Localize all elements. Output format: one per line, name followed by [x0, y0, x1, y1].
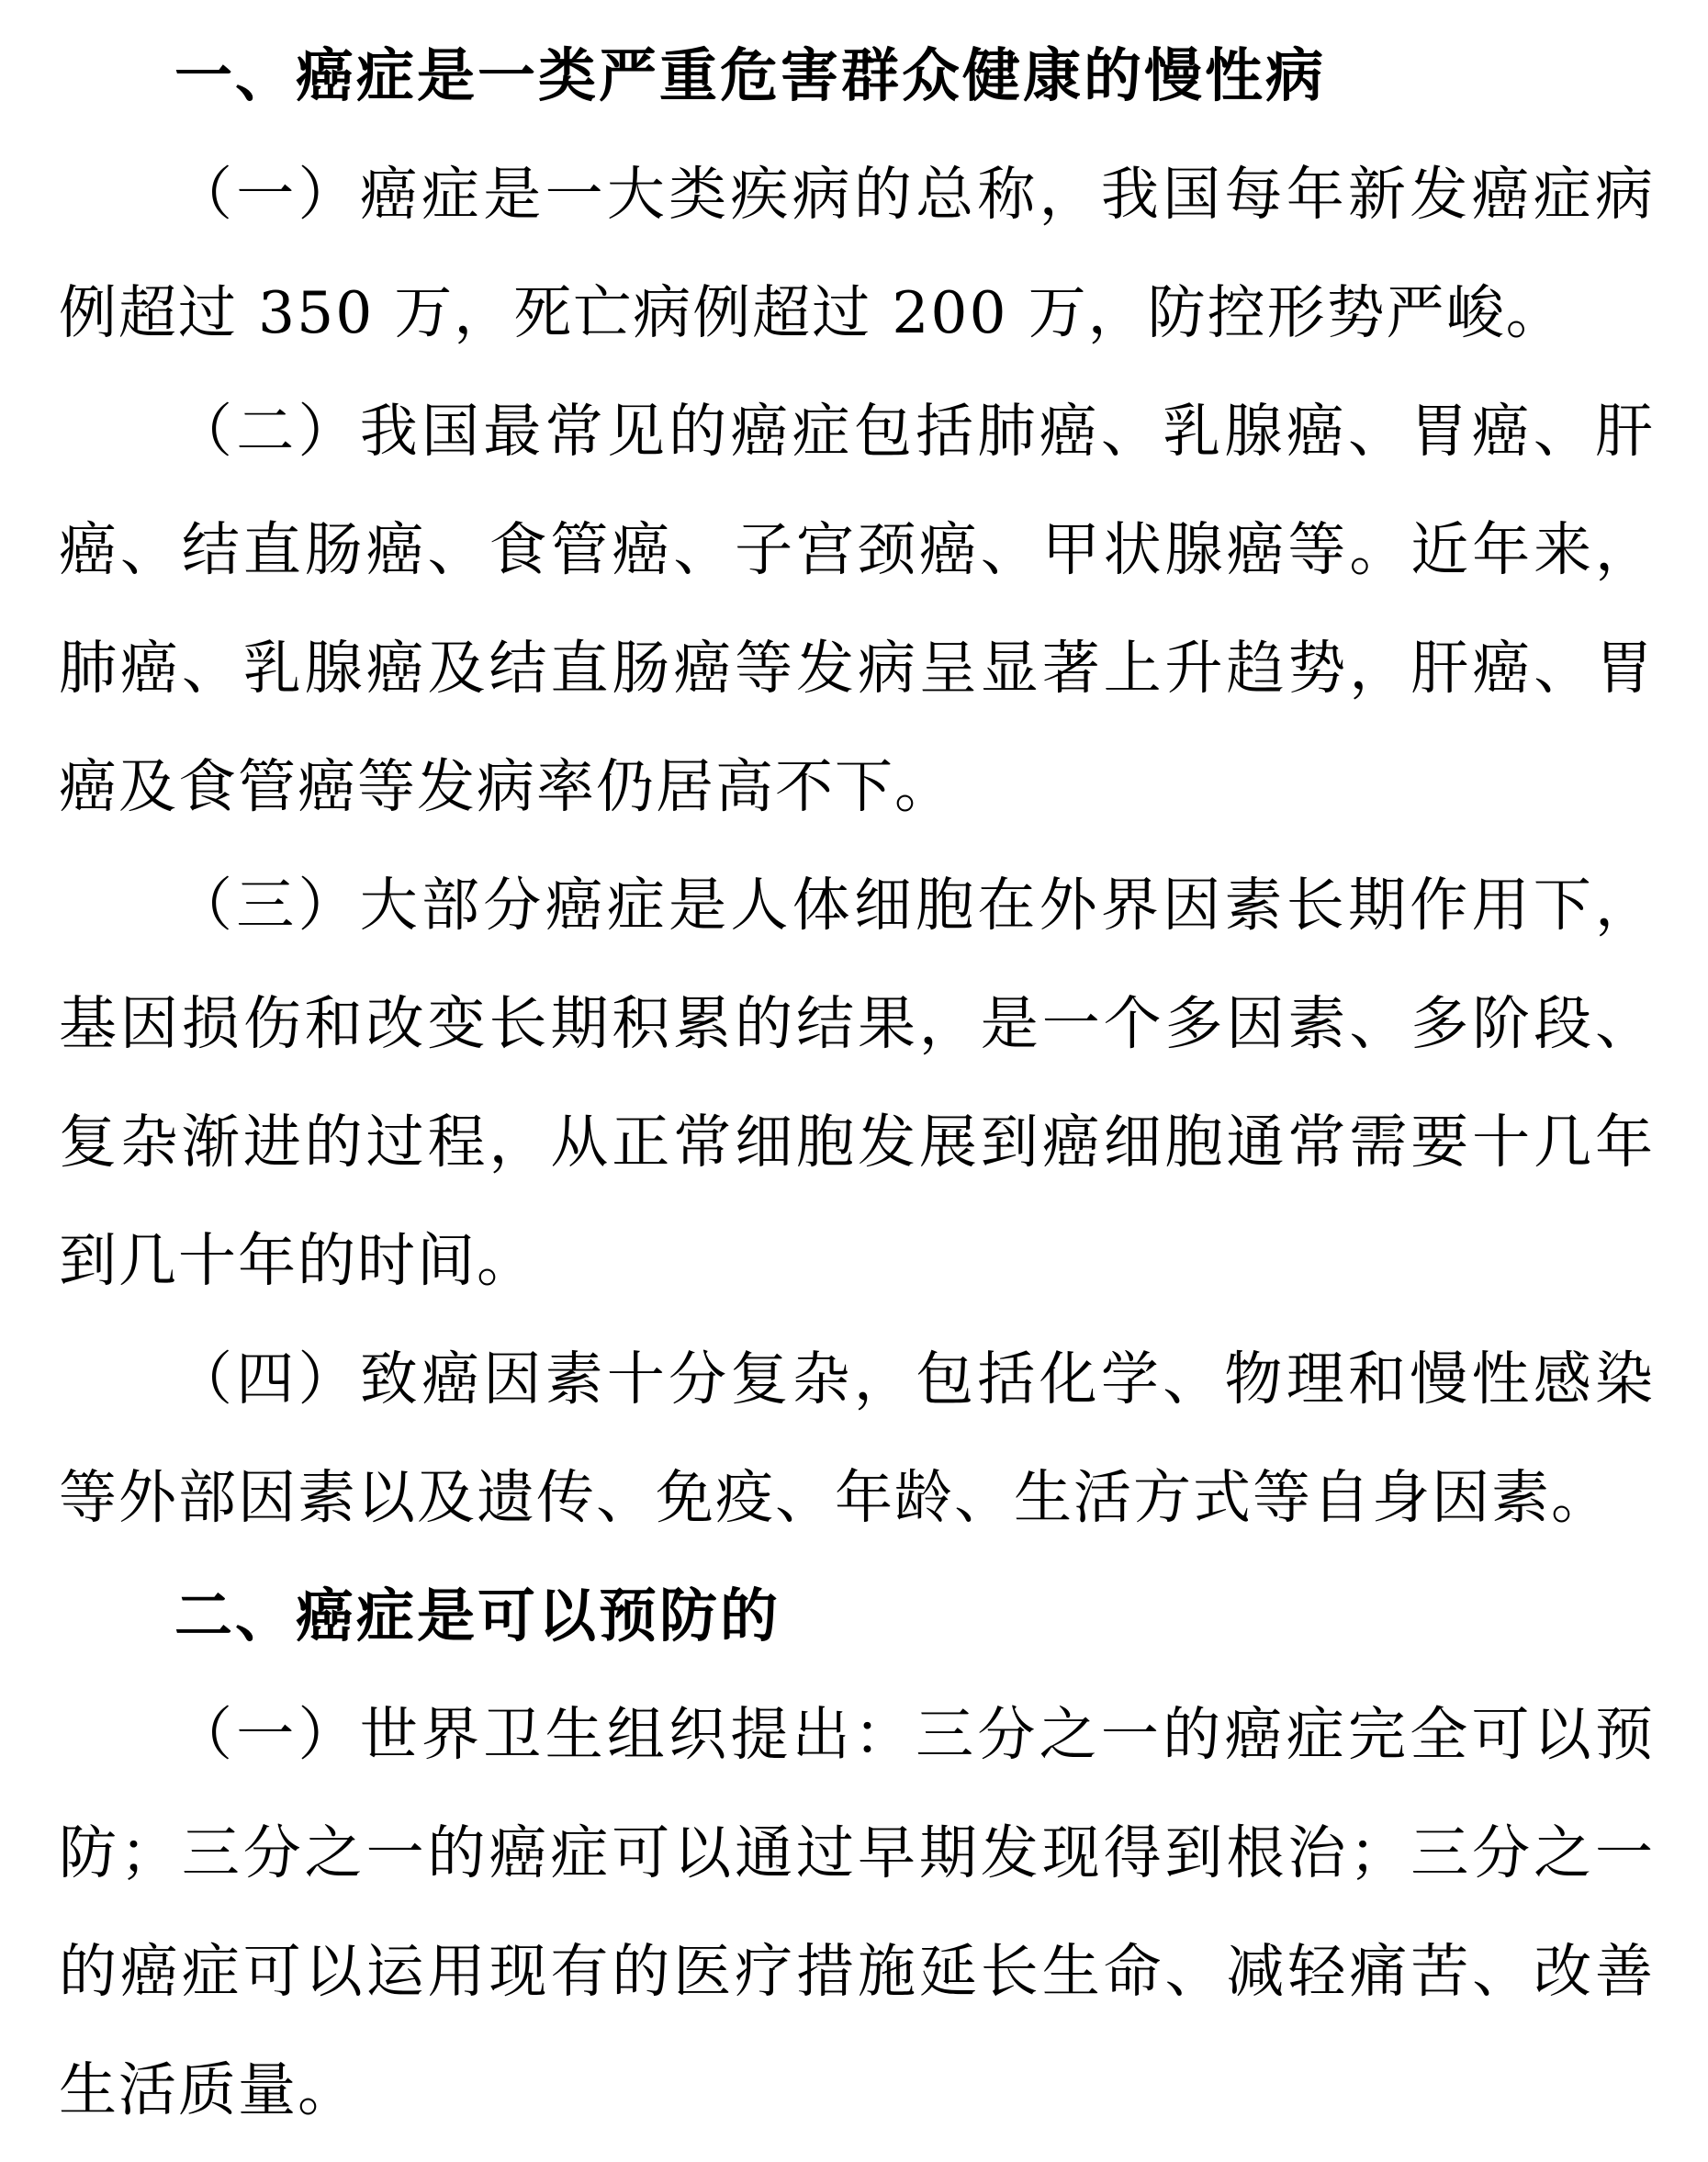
section-1-paragraph-3: （三）大部分癌症是人体细胞在外界因素长期作用下，基因损伤和改变长期积累的结果，是…	[59, 846, 1655, 1320]
section-2-paragraph-1: （一）世界卫生组织提出：三分之一的癌症完全可以预防；三分之一的癌症可以通过早期发…	[59, 1675, 1655, 2149]
section-2-heading: 二、癌症是可以预防的	[59, 1557, 1655, 1675]
document-page: 一、癌症是一类严重危害群众健康的慢性病 （一）癌症是一大类疾病的总称，我国每年新…	[0, 0, 1708, 2162]
section-1-heading: 一、癌症是一类严重危害群众健康的慢性病	[59, 17, 1655, 135]
section-1-paragraph-2: （二）我国最常见的癌症包括肺癌、乳腺癌、胃癌、肝癌、结直肠癌、食管癌、子宫颈癌、…	[59, 372, 1655, 846]
section-1-paragraph-1: （一）癌症是一大类疾病的总称，我国每年新发癌症病例超过 350 万，死亡病例超过…	[59, 135, 1655, 372]
section-1-paragraph-4: （四）致癌因素十分复杂，包括化学、物理和慢性感染等外部因素以及遗传、免疫、年龄、…	[59, 1320, 1655, 1557]
